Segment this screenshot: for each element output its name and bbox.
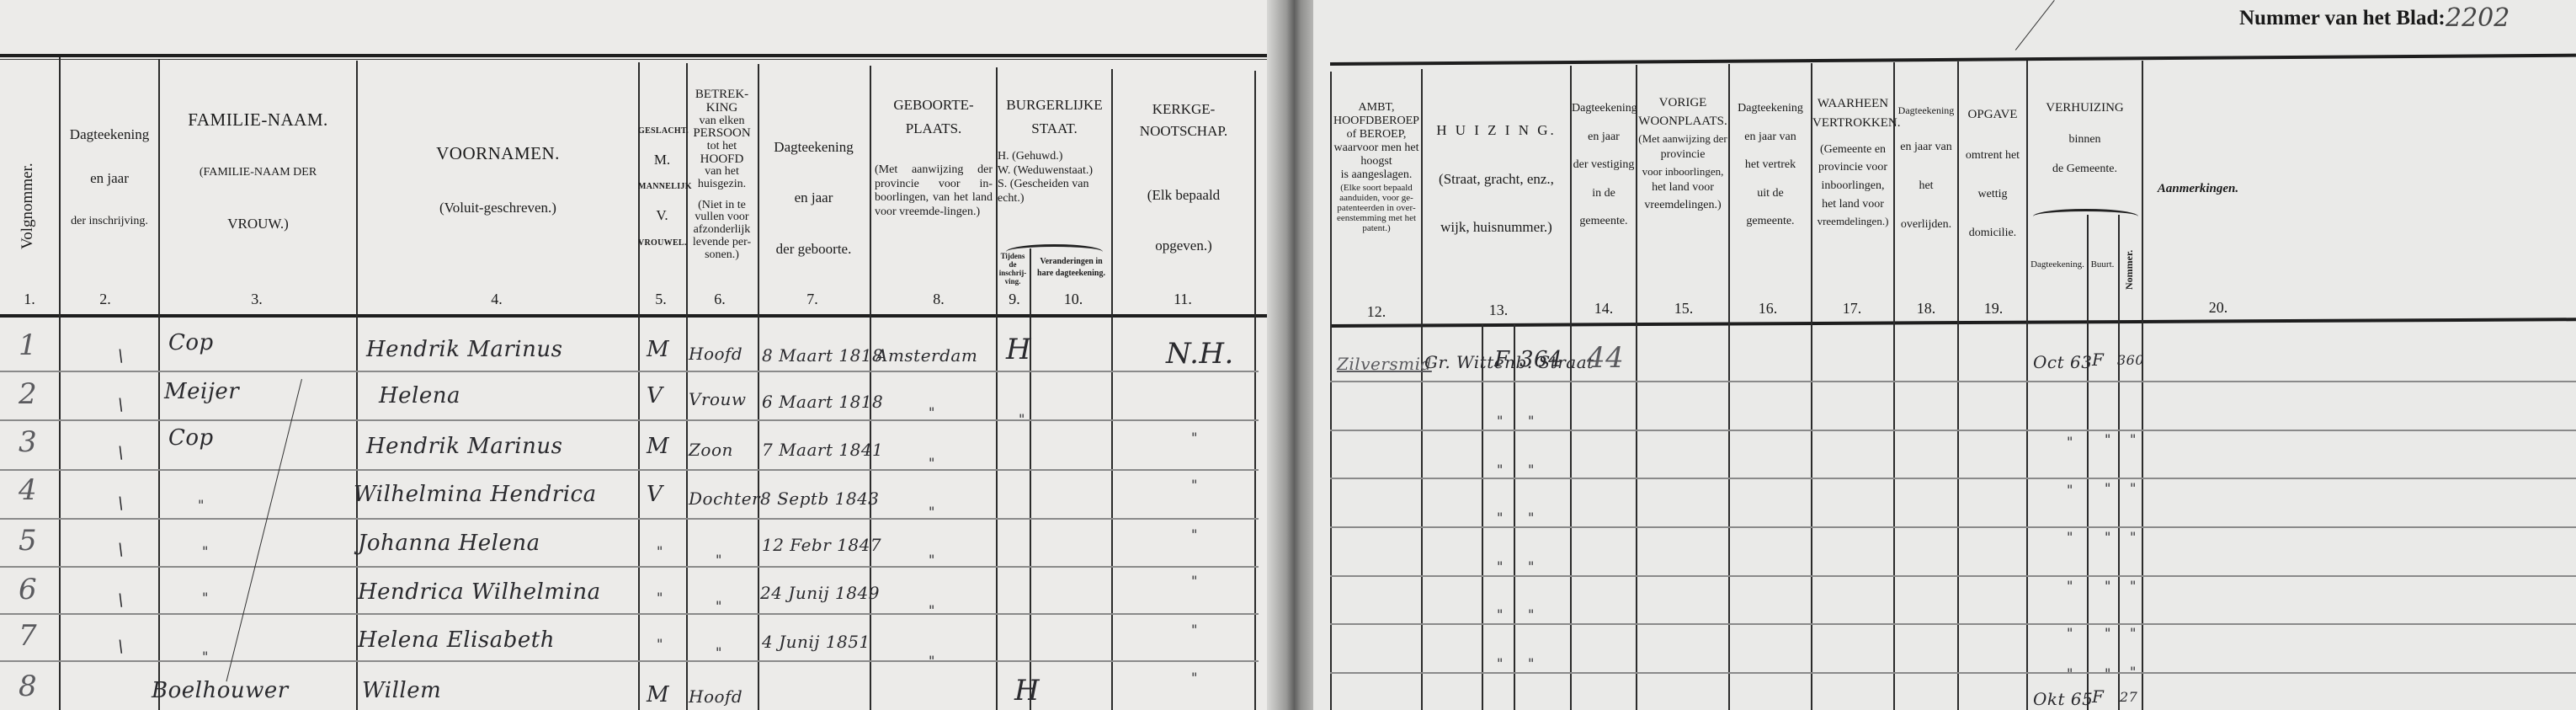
- sheet-number-value: 2202: [2446, 3, 2509, 33]
- header-geboorte-datum: Dagteekening en jaar der geboorte.: [758, 139, 870, 258]
- header-veranderingen: Veranderingen in hare dagteekening.: [1031, 256, 1111, 280]
- top-rule: [1330, 54, 2576, 66]
- header-geboorteplaats: GEBOORTE- PLAATS. (Met aanwijzing der pr…: [871, 97, 996, 220]
- header-vestiging: Dagteekening en jaar der vestiging in de…: [1572, 94, 1636, 236]
- left-page: Volgnommer. Dagteekening en jaar der ins…: [0, 0, 1275, 710]
- header-opgave-domicilie: OPGAVE omtrent het wettig domicilie.: [1959, 94, 2026, 253]
- top-rule-thin: [0, 59, 1275, 60]
- header-bottom-rule: [1330, 318, 2576, 328]
- top-rule: [0, 54, 1275, 57]
- brace-burgerlijke-staat: [1006, 244, 1103, 252]
- header-aanmerkingen: Aanmerkingen.: [2143, 181, 2253, 196]
- header-tijdens: Tijdens de inschrij-ving.: [996, 253, 1030, 286]
- header-familie-naam: FAMILIE-NAAM. (FAMILIE-NAAM DER VROUW.): [160, 109, 356, 232]
- header-ambt: AMBT, HOOFDBEROEP of BEROEP, waarvoor me…: [1332, 101, 1421, 233]
- header-verhuizing-dagteekening: Dagteekening.: [2028, 259, 2087, 270]
- header-burgerlijke-staat: BURGERLIJKE STAAT. H. (Gehuwd.) W. (Wedu…: [998, 97, 1111, 206]
- family-bracket-line: [226, 379, 302, 681]
- sheet-number-label: Nummer van het Blad:: [2239, 7, 2446, 30]
- header-betrekking: BETREK- KING van elken PERSOON tot het H…: [686, 88, 758, 261]
- header-geslacht: GESLACHT. M. MANNELIJK V. VROUWEL.: [638, 126, 686, 248]
- brace-verhuizing: [2033, 209, 2138, 216]
- right-page: AMBT, HOOFDBEROEP of BEROEP, waarvoor me…: [1313, 0, 2576, 710]
- header-huizing: H U I Z I N G. (Straat, gracht, enz., wi…: [1423, 122, 1570, 236]
- header-waarheen: WAARHEEN VERTROKKEN. (Gemeente en provin…: [1812, 94, 1893, 230]
- header-verhuizing-buurt: Buurt.: [2087, 259, 2118, 270]
- header-vertrek: Dagteekening en jaar van het vertrek uit…: [1730, 94, 1811, 236]
- header-overlijden: Dagteekening en jaar van het overlijden.: [1895, 94, 1957, 244]
- header-kerkgenootschap: KERKGE- NOOTSCHAP. (Elk bepaald opgeven.…: [1113, 101, 1254, 255]
- header-volgnommer: Volgnommer.: [19, 143, 37, 270]
- header-voornamen: VOORNAMEN. (Voluit-geschreven.): [358, 143, 638, 217]
- header-col2: Dagteekening en jaar der inschrijving.: [61, 126, 158, 229]
- header-verhuizing: VERHUIZING binnen de Gemeente.: [2028, 93, 2142, 184]
- header-verhuizing-nommer: Nommer.: [2123, 240, 2136, 299]
- header-vorige-woonplaats: VORIGE WOONPLAATS. (Met aanwijzing der p…: [1637, 94, 1728, 214]
